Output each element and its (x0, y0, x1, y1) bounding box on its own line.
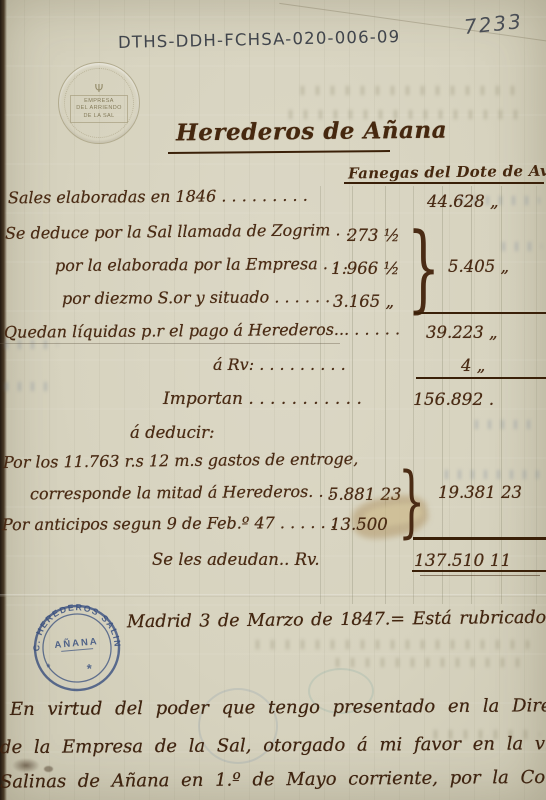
ledger-row-amount: 39.223 „ (426, 324, 498, 342)
folio-number: 7233 (463, 9, 524, 39)
ink-blot (12, 758, 40, 773)
section-label: á deducir: (130, 424, 215, 442)
group-total: 19.381 23 (438, 484, 522, 502)
paragraph-line: de la Empresa de la Sal, otorgado á mi f… (0, 734, 546, 758)
bleed-mark (295, 86, 520, 95)
page-title: Herederos de Añana (176, 117, 447, 147)
archival-code: DTHS-DDH-FCHSA-020-006-09 (118, 27, 401, 52)
bleed-mark (0, 382, 52, 391)
bleed-mark (470, 420, 540, 429)
paragraph-line: En virtud del poder que tengo presentado… (10, 696, 546, 720)
date-line: Madrid 3 de Marzo de 1847.= Está rubrica… (127, 609, 546, 633)
column-rule (536, 186, 537, 604)
document-page: DTHS-DDH-FCHSA-020-006-09 7233 Ψ EMPRESA… (0, 0, 546, 800)
ledger-row-label: Importan . . . . . . . . . . . (163, 390, 362, 409)
ledger-row-amount: 273 ½ (347, 227, 400, 245)
scan-edge (0, 0, 7, 800)
ledger-row-label: á Rv: . . . . . . . . . (213, 356, 346, 374)
paragraph-line: Salinas de Añana en 1.º de Mayo corrient… (0, 767, 546, 792)
ledger-row-amount: 3.165 „ (333, 293, 394, 311)
ledger-row-amount: 4 „ (461, 357, 485, 375)
stamp-star-icon: * (86, 661, 93, 676)
column-rule (501, 186, 502, 604)
row-underline (0, 343, 340, 344)
ledger-row-label: corresponde la mitad á Herederos. . . (30, 483, 334, 503)
brace-icon: } (398, 463, 425, 541)
bleed-mark (250, 640, 530, 649)
sum-rule (416, 377, 546, 379)
ledger-row-amount: 44.628 „ (427, 193, 499, 211)
ledger-row-amount: 13.500 (330, 516, 388, 534)
embossed-seal: Ψ EMPRESA DEL ARRIENDO DE LA SAL (58, 62, 140, 144)
embossed-seal-ring (64, 68, 134, 138)
stamp-star-icon: * (46, 662, 51, 673)
sum-rule (413, 537, 546, 540)
sum-rule (414, 312, 546, 314)
ledger-row-label: por diezmo S.or y situado . . . . . . (62, 288, 330, 307)
ledger-row-label: Se les adeudan.. Rv. (152, 551, 320, 569)
ledger-row-label: Se deduce por la Sal llamada de Zogrim .… (5, 221, 351, 242)
ledger-row-amount: 1.966 ½ (331, 260, 399, 278)
ledger-row-label: Sales elaboradas en 1846 . . . . . . . .… (8, 187, 308, 207)
group-total: 5.405 „ (448, 258, 509, 276)
column-header-underline (344, 182, 544, 184)
bleed-mark (330, 658, 530, 667)
total-underline (420, 575, 540, 576)
ledger-row-label: por la elaborada por la Empresa . . . (55, 255, 348, 275)
ink-blot (44, 766, 53, 772)
bleed-mark (440, 470, 540, 479)
ledger-row-label: Quedan líquidas p.r el pago á Herederos.… (4, 320, 400, 341)
herederos-salinas-stamp: C. HEREDEROS SALINAS AÑANA * * (18, 589, 135, 706)
total-underline (412, 570, 546, 572)
ledger-row-amount: 137.510 11 (414, 552, 511, 571)
ledger-row-amount: 156.892 . (413, 391, 494, 410)
column-rule (385, 186, 386, 604)
brace-icon: } (407, 221, 440, 316)
column-header: Fanegas del Dote de Avila (348, 161, 546, 182)
ledger-row-label: Por anticipos segun 9 de Feb.º 47 . . . … (2, 514, 336, 534)
ledger-row-label: Por los 11.763 r.s 12 m.s gastos de entr… (3, 450, 358, 471)
title-underline (168, 150, 390, 154)
